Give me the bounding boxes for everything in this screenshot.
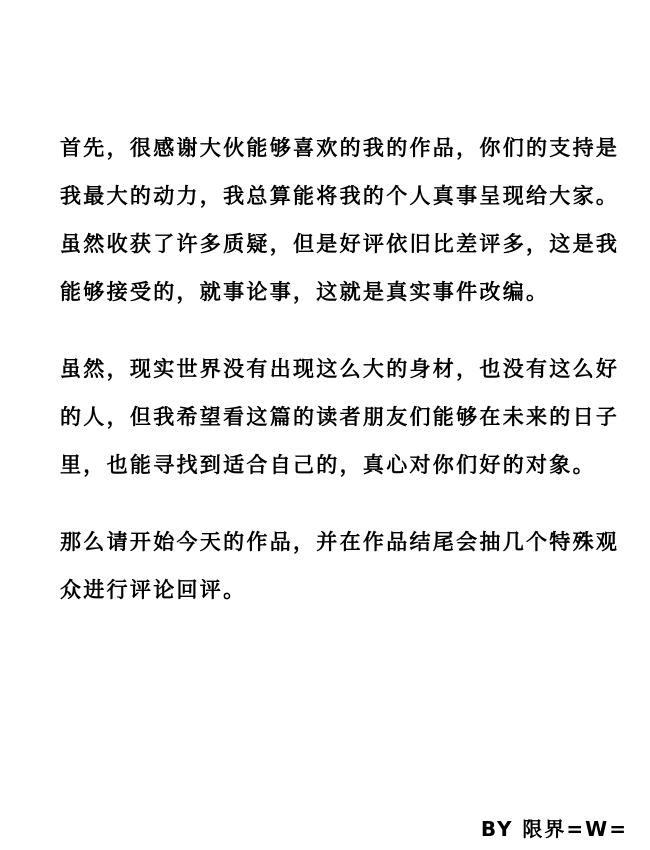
- text-line: 众进行评论回评。: [60, 566, 610, 614]
- author-note-page: 首先，很感谢大伙能够喜欢的我的作品，你们的支持是 我最大的动力，我总算能将我的个…: [0, 0, 650, 850]
- text-line: 首先，很感谢大伙能够喜欢的我的作品，你们的支持是: [60, 124, 610, 172]
- author-note-text: 首先，很感谢大伙能够喜欢的我的作品，你们的支持是 我最大的动力，我总算能将我的个…: [60, 124, 610, 614]
- text-line: 能够接受的，就事论事，这就是真实事件改编。: [60, 268, 610, 316]
- paragraph-start-announcement: 那么请开始今天的作品，并在作品结尾会抽几个特殊观 众进行评论回评。: [60, 518, 610, 614]
- paragraph-wish: 虽然，现实世界没有出现这么大的身材，也没有这么好 的人，但我希望看这篇的读者朋友…: [60, 345, 610, 489]
- text-line: 虽然，现实世界没有出现这么大的身材，也没有这么好: [60, 345, 610, 393]
- paragraph-thanks: 首先，很感谢大伙能够喜欢的我的作品，你们的支持是 我最大的动力，我总算能将我的个…: [60, 124, 610, 316]
- text-line: 我最大的动力，我总算能将我的个人真事呈现给大家。: [60, 172, 610, 220]
- text-line: 的人，但我希望看这篇的读者朋友们能够在未来的日子: [60, 393, 610, 441]
- text-line: 那么请开始今天的作品，并在作品结尾会抽几个特殊观: [60, 518, 610, 566]
- text-line: 虽然收获了许多质疑，但是好评依旧比差评多，这是我: [60, 220, 610, 268]
- author-signature: BY 限界=W=: [481, 817, 628, 841]
- text-line: 里，也能寻找到适合自己的，真心对你们好的对象。: [60, 441, 610, 489]
